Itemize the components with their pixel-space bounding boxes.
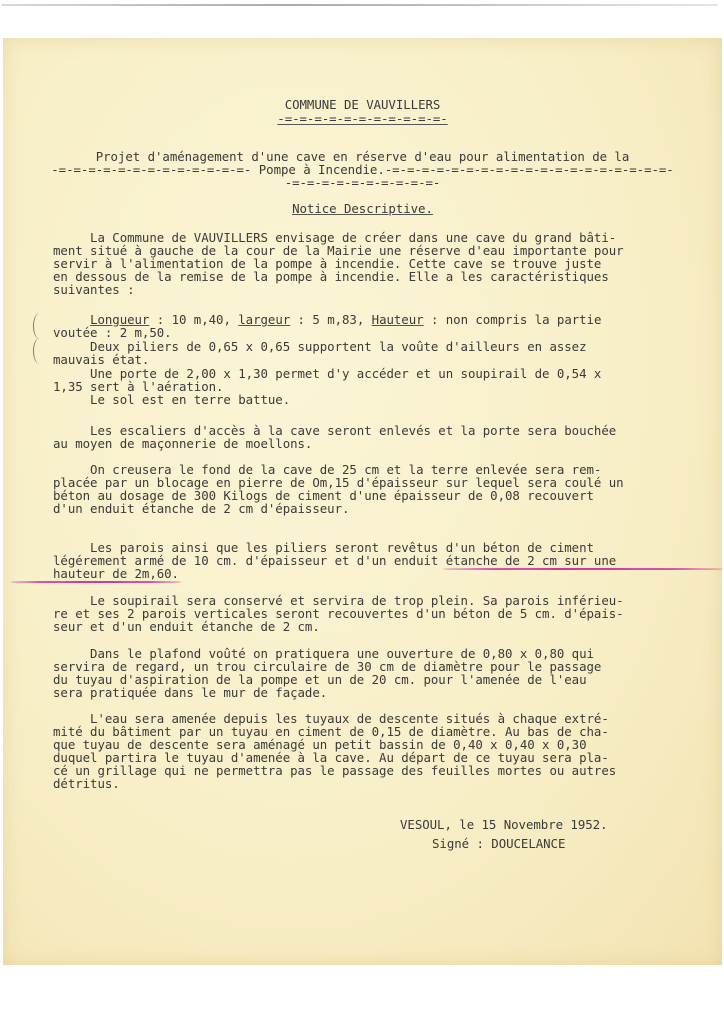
text-line: détritus. <box>53 777 120 790</box>
paper-page: COMMUNE DE VAUVILLERS -=-=-=-=-=-=-=-=-=… <box>3 38 722 965</box>
pencil-bracket-mark <box>33 313 46 339</box>
label-hauteur: Hauteur <box>372 312 424 327</box>
text-line: sera pratiquée dans le mur de façade. <box>53 686 327 699</box>
text-line: hauteur de 2m,60. <box>53 567 179 580</box>
place-date: VESOUL, le 15 Novembre 1952. <box>400 818 607 831</box>
text-line: mauvais état. <box>53 353 149 366</box>
text-line: voutée : 2 m,50. <box>53 326 172 339</box>
title-line-3: -=-=-=-=-=-=-=-=-=-=- <box>3 176 722 189</box>
signature: Signé : DOUCELANCE <box>432 837 565 850</box>
magenta-highlight-underline <box>11 581 181 583</box>
text-line: d'un enduit étanche de 2 cm d'épaisseur. <box>53 502 349 515</box>
paragraph-sol: Le sol est en terre battue. <box>53 393 290 406</box>
heading-rule: -=-=-=-=-=-=-=-=-=-=-=- <box>277 111 447 126</box>
text-line: cé un grillage qui ne permettra pas le p… <box>53 764 616 777</box>
notice-subtitle: Notice Descriptive. <box>292 201 433 216</box>
magenta-highlight-underline <box>443 568 723 570</box>
text-line: en dessous de la remise de la pompe à in… <box>53 270 609 283</box>
label-largeur: largeur <box>238 312 290 327</box>
title-rule-left: -=-=-=-=-=-=-=-=-=-=-=-=-=- <box>51 162 251 177</box>
pencil-bracket-mark <box>33 338 46 364</box>
text-line: au moyen de maçonnerie de moellons. <box>53 437 312 450</box>
value-largeur: : 5 m,83, <box>290 312 372 327</box>
scanner-edge <box>2 4 718 6</box>
text-line: seur et d'un enduit étanche de 2 cm. <box>53 620 320 633</box>
document-heading: COMMUNE DE VAUVILLERS <box>3 98 722 111</box>
value-hauteur: : non compris la partie <box>424 312 602 327</box>
document-body: COMMUNE DE VAUVILLERS -=-=-=-=-=-=-=-=-=… <box>3 38 722 965</box>
text-line: suivantes : <box>53 283 135 296</box>
